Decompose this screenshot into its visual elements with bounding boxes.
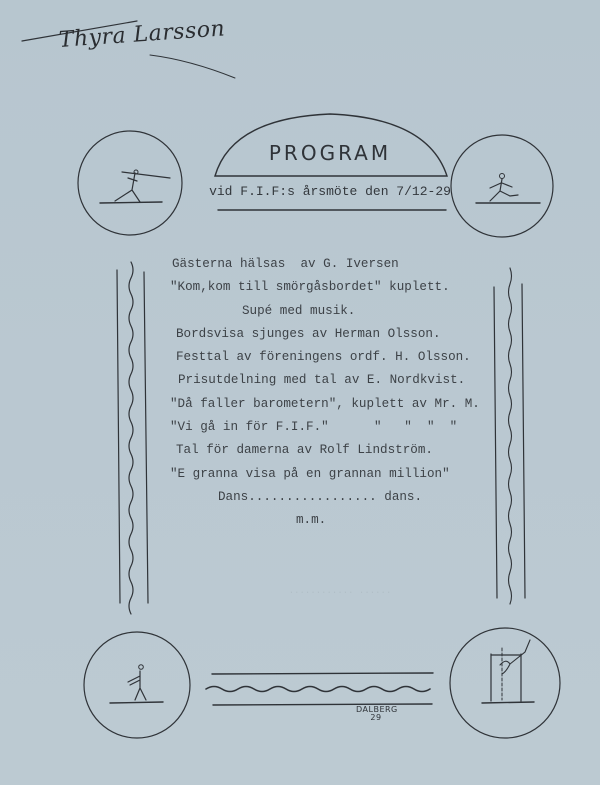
artist-signature: DALBERG 29 [356,706,396,722]
program-item: m.m. [150,509,490,532]
subtitle: vid F.I.F:s årsmöte den 7/12-29 [200,184,460,199]
program-item: "Då faller barometern", kuplett av Mr. M… [150,393,490,416]
program-item: "E granna visa på en grannan million" [150,463,490,486]
program-item: Dans................. dans. [150,486,490,509]
program-item: Festtal av föreningens ordf. H. Olsson. [150,346,490,369]
pole-vaulter-icon [450,628,560,738]
program-item: Bordsvisa sjunges av Herman Olsson. [150,323,490,346]
right-border-ornament [494,268,525,604]
document-page: Thyra Larsson PROGRAM vid F.I.F:s årsmöt… [0,0,600,785]
program-item: Tal för damerna av Rolf Lindström. [150,439,490,462]
shot-putter-icon [84,632,190,738]
artist-year: 29 [356,714,396,722]
program-list: Gästerna hälsas av G. Iversen "Kom,kom t… [150,253,490,533]
page-title: PROGRAM [230,141,430,165]
signature-tail [150,55,235,78]
left-border-ornament [117,262,148,614]
program-item: Gästerna hälsas av G. Iversen [150,253,490,276]
program-item: "Kom,kom till smörgåsbordet" kuplett. [150,276,490,299]
program-item: Supé med musik. [150,300,490,323]
program-item: Prisutdelning med tal av E. Nordkvist. [150,369,490,392]
bottom-border-ornament [206,673,433,705]
program-item: "Vi gå in för F.I.F." " " " " [150,416,490,439]
show-through-text: ...... ............ [260,586,420,596]
runner-icon [451,135,553,237]
javelin-thrower-icon [78,131,182,235]
